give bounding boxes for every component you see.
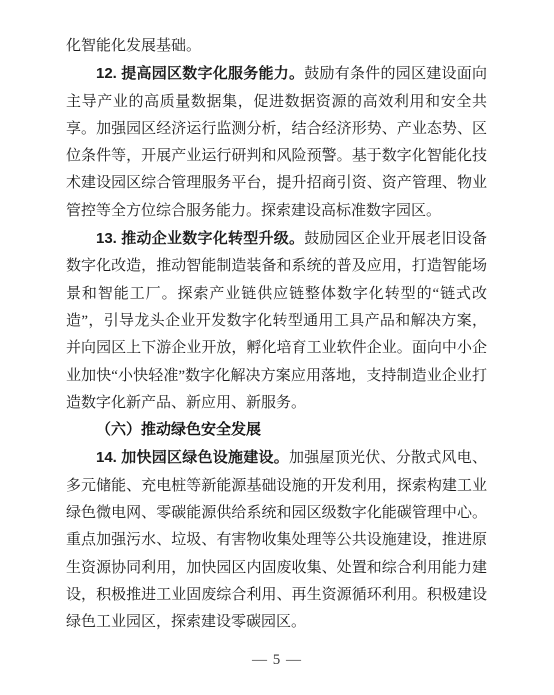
- section-heading-6: （六）推动绿色安全发展: [66, 417, 487, 444]
- paragraph-continuation: 化智能化发展基础。: [66, 33, 487, 60]
- paragraph-item-13: 13. 推动企业数字化转型升级。鼓励园区企业开展老旧设备数字化改造，推动智能制造…: [66, 225, 487, 417]
- paragraph-13-text: 鼓励园区企业开展老旧设备数字化改造，推动智能制造装备和系统的普及应用，打造智能场…: [66, 231, 487, 411]
- section-heading-text: （六）推动绿色安全发展: [96, 422, 261, 438]
- paragraph-12-lead: 12. 提高园区数字化服务能力。: [96, 65, 304, 82]
- paragraph-item-14: 14. 加快园区绿色设施建设。加强屋顶光伏、分散式风电、多元储能、充电桩等新能源…: [66, 444, 487, 636]
- page-footer: — 5 —: [0, 650, 554, 670]
- paragraph-text: 化智能化发展基础。: [66, 38, 201, 54]
- paragraph-13-lead: 13. 推动企业数字化转型升级。: [96, 230, 304, 247]
- paragraph-item-12: 12. 提高园区数字化服务能力。鼓励有条件的园区建设面向主导产业的高质量数据集，…: [66, 60, 487, 225]
- paragraph-14-text: 加强屋顶光伏、分散式风电、多元储能、充电桩等新能源基础设施的开发利用，探索构建工…: [66, 450, 487, 630]
- paragraph-14-lead: 14. 加快园区绿色设施建设。: [96, 449, 289, 466]
- document-page: 化智能化发展基础。 12. 提高园区数字化服务能力。鼓励有条件的园区建设面向主导…: [0, 0, 554, 695]
- paragraph-12-text: 鼓励有条件的园区建设面向主导产业的高质量数据集，促进数据资源的高效利用和安全共享…: [66, 66, 487, 218]
- document-body: 化智能化发展基础。 12. 提高园区数字化服务能力。鼓励有条件的园区建设面向主导…: [66, 33, 487, 637]
- page-number: — 5 —: [252, 652, 302, 668]
